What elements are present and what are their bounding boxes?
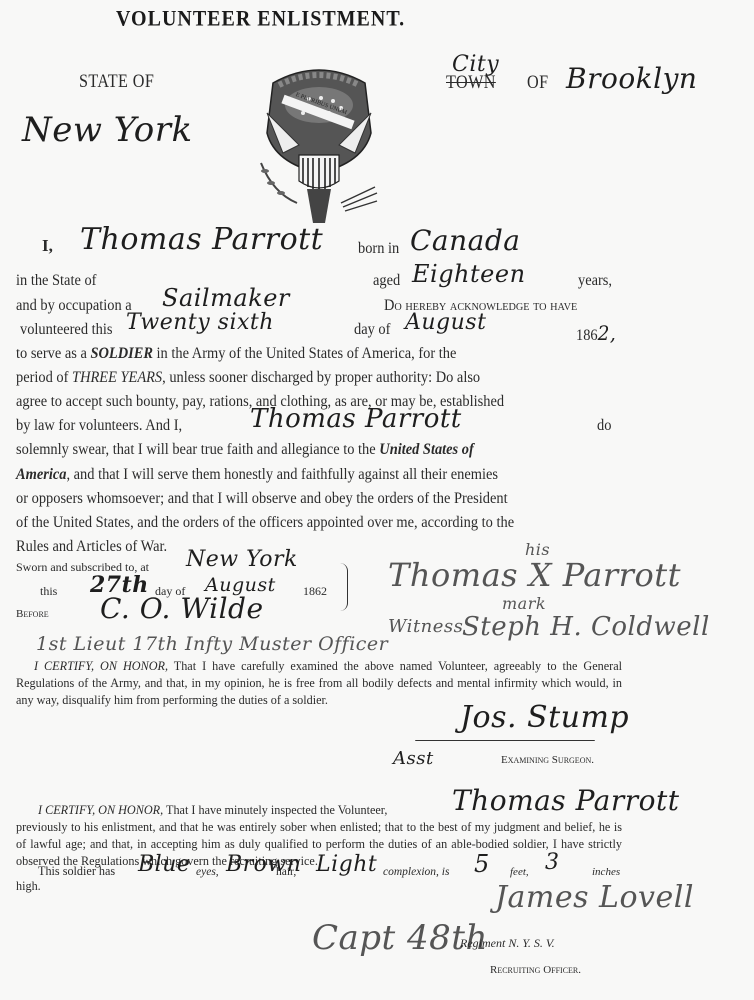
period-line: period of THREE YEARS, unless sooner dis… bbox=[16, 369, 480, 387]
state-of-label-2: in the State of bbox=[16, 272, 96, 290]
volunteered-day: Twenty sixth bbox=[126, 310, 274, 335]
eagle-seal-icon: E PLURIBUS UNUM bbox=[253, 63, 385, 223]
officer-signature: James Lovell bbox=[495, 880, 694, 915]
inches-value: 3 bbox=[545, 850, 560, 875]
inches-label: inches bbox=[592, 866, 620, 878]
surgeon-signature-flourish bbox=[415, 740, 595, 741]
state-value: New York bbox=[22, 110, 193, 150]
town-of-label: OF bbox=[527, 72, 549, 94]
witness-name: Steph H. Coldwell bbox=[462, 612, 710, 642]
town-label-struck: TOWN bbox=[446, 72, 496, 94]
high-label: high. bbox=[16, 879, 41, 894]
volunteer-name: Thomas Parrott bbox=[80, 222, 323, 257]
years-label: years, bbox=[578, 272, 612, 290]
officer-title: 1st Lieut 17th Infty Muster Officer bbox=[36, 633, 388, 655]
volunteered-label: volunteered this bbox=[20, 321, 112, 339]
recruiting-officer-title: Recruiting Officer. bbox=[490, 964, 581, 976]
aged-value: Eighteen bbox=[412, 260, 526, 288]
day-of-label: day of bbox=[354, 321, 390, 339]
document-title: VOLUNTEER ENLISTMENT. bbox=[116, 7, 405, 32]
oath-year-value: 1862 bbox=[303, 584, 327, 599]
state-of-label: STATE OF bbox=[79, 71, 154, 93]
born-in-label: born in bbox=[358, 240, 399, 258]
soldier-description: This soldier has bbox=[38, 864, 115, 879]
feet-label: feet, bbox=[510, 866, 529, 878]
this-label: this bbox=[40, 584, 57, 599]
law-line: by law for volunteers. And I, bbox=[16, 417, 182, 435]
eyes-label: eyes, bbox=[196, 866, 219, 878]
before-label: Before bbox=[16, 608, 49, 620]
month-value: August bbox=[405, 310, 486, 335]
witness-label: Witness bbox=[388, 616, 463, 637]
brace-divider bbox=[337, 563, 348, 611]
feet-value: 5 bbox=[474, 850, 490, 878]
volunteer-name-again: Thomas Parrott bbox=[250, 404, 462, 434]
recruiting-volunteer-name: Thomas Parrott bbox=[452, 784, 680, 817]
swear-line: solemnly swear, that I will bear true fa… bbox=[16, 441, 474, 459]
born-in-value: Canada bbox=[410, 224, 520, 257]
surgeon-signature-prefix: Asst bbox=[393, 748, 434, 769]
sworn-place: New York bbox=[186, 547, 298, 572]
complexion-label: complexion, is bbox=[383, 866, 449, 878]
occupation-value: Sailmaker bbox=[162, 284, 290, 312]
town-value: Brooklyn bbox=[566, 62, 697, 95]
surgeon-signature: Jos. Stump bbox=[460, 700, 629, 735]
volunteer-signature: Thomas X Parrott bbox=[388, 556, 681, 594]
i-label: I, bbox=[42, 236, 53, 256]
rules-line: Rules and Articles of War. bbox=[16, 538, 167, 556]
regiment-label: Regiment N. Y. S. V. bbox=[460, 936, 555, 951]
recruiting-certify-first: I CERTIFY, ON HONOR, That I have minutel… bbox=[38, 803, 387, 818]
occupation-label: and by occupation a bbox=[16, 297, 132, 315]
aged-label: aged bbox=[373, 272, 400, 290]
year-prefix: 1862, bbox=[576, 321, 616, 345]
do-label: do bbox=[597, 417, 611, 435]
eyes-value: Blue bbox=[138, 852, 190, 877]
before-name: C. O. Wilde bbox=[100, 592, 264, 625]
america-line: America, and that I will serve them hone… bbox=[16, 466, 498, 484]
officers-line: of the United States, and the orders of … bbox=[16, 514, 514, 532]
hair-label: hair, bbox=[276, 866, 296, 878]
opposers-line: or opposers whomsoever; and that I will … bbox=[16, 490, 508, 508]
complexion-value: Light bbox=[316, 852, 377, 877]
mark-label: mark bbox=[502, 594, 546, 613]
serve-line: to serve as a SOLDIER in the Army of the… bbox=[16, 345, 456, 363]
surgeon-title: Examining Surgeon. bbox=[501, 754, 594, 766]
